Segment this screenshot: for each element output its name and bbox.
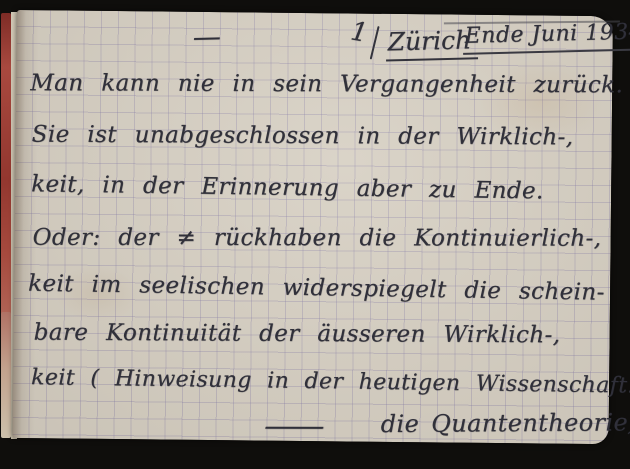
- handwriting-line: bare Kontinuität der äusseren Wirklich-,: [34, 320, 561, 349]
- handwriting-line: keit ( Hinweisung in der heutigen Wissen…: [31, 365, 630, 398]
- top-dash: —: [192, 20, 221, 54]
- handwriting-line: keit, in der Erinnerung aber zu Ende.: [31, 171, 544, 204]
- notebook-page: — 1 Zürich Ende Juni 1934 Man kann nie i…: [13, 10, 613, 444]
- handwriting-line: Man kann nie in sein Vergangenheit zurüc…: [30, 70, 623, 98]
- book-spine-lower-edge: [1, 312, 11, 438]
- handwriting-line-quantentheorie: die Quantentheorie): [381, 408, 630, 438]
- bottom-dash: —: [262, 409, 326, 444]
- handwriting-line: Oder: der ≠ rückhaben die Kontinuierlich…: [33, 225, 602, 252]
- handwriting-line: keit im seelischen widerspiegelt die sch…: [28, 271, 605, 306]
- handwriting-line: Sie ist unabgeschlossen in der Wirklich-…: [32, 122, 574, 151]
- page-number: 1: [348, 16, 369, 48]
- scanned-notebook-photo: — 1 Zürich Ende Juni 1934 Man kann nie i…: [0, 0, 630, 469]
- bracket-stroke: [370, 26, 380, 60]
- book-spine-red: [1, 13, 11, 315]
- date-label: Ende Juni 1934: [462, 19, 630, 54]
